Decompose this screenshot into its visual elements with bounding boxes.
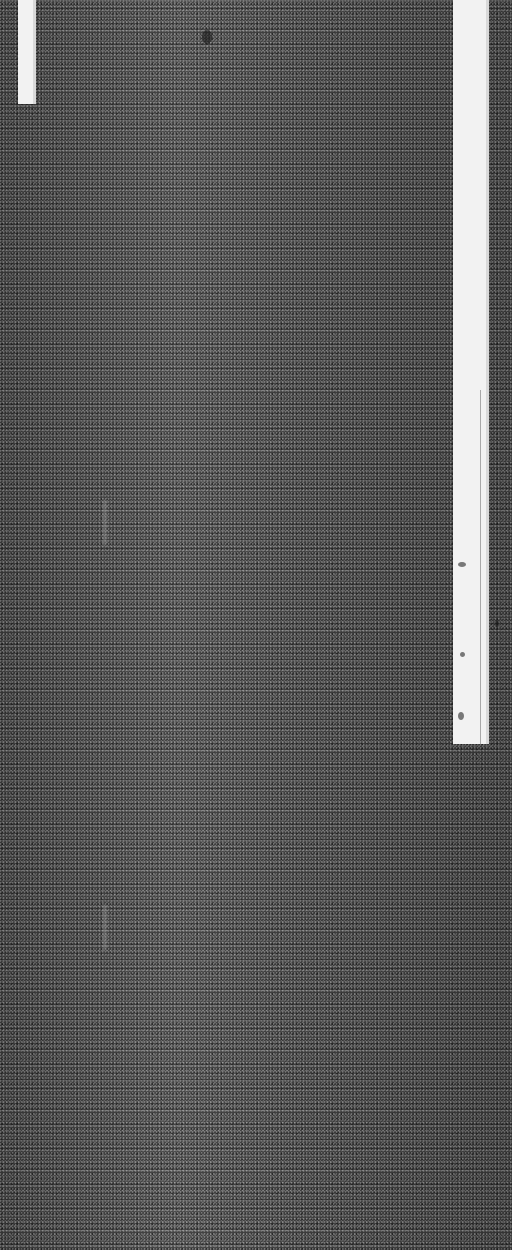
road-stain	[495, 620, 499, 627]
road-surface-photo	[0, 0, 512, 1250]
road-stain	[460, 652, 465, 657]
lighting-gradient	[0, 0, 512, 1250]
faint-streak	[103, 905, 107, 950]
road-stain	[458, 712, 464, 720]
lane-marking-right	[453, 0, 489, 744]
road-stain	[202, 30, 212, 44]
faint-streak	[103, 500, 107, 545]
road-stain	[458, 562, 466, 567]
lane-marking-left	[18, 0, 36, 104]
